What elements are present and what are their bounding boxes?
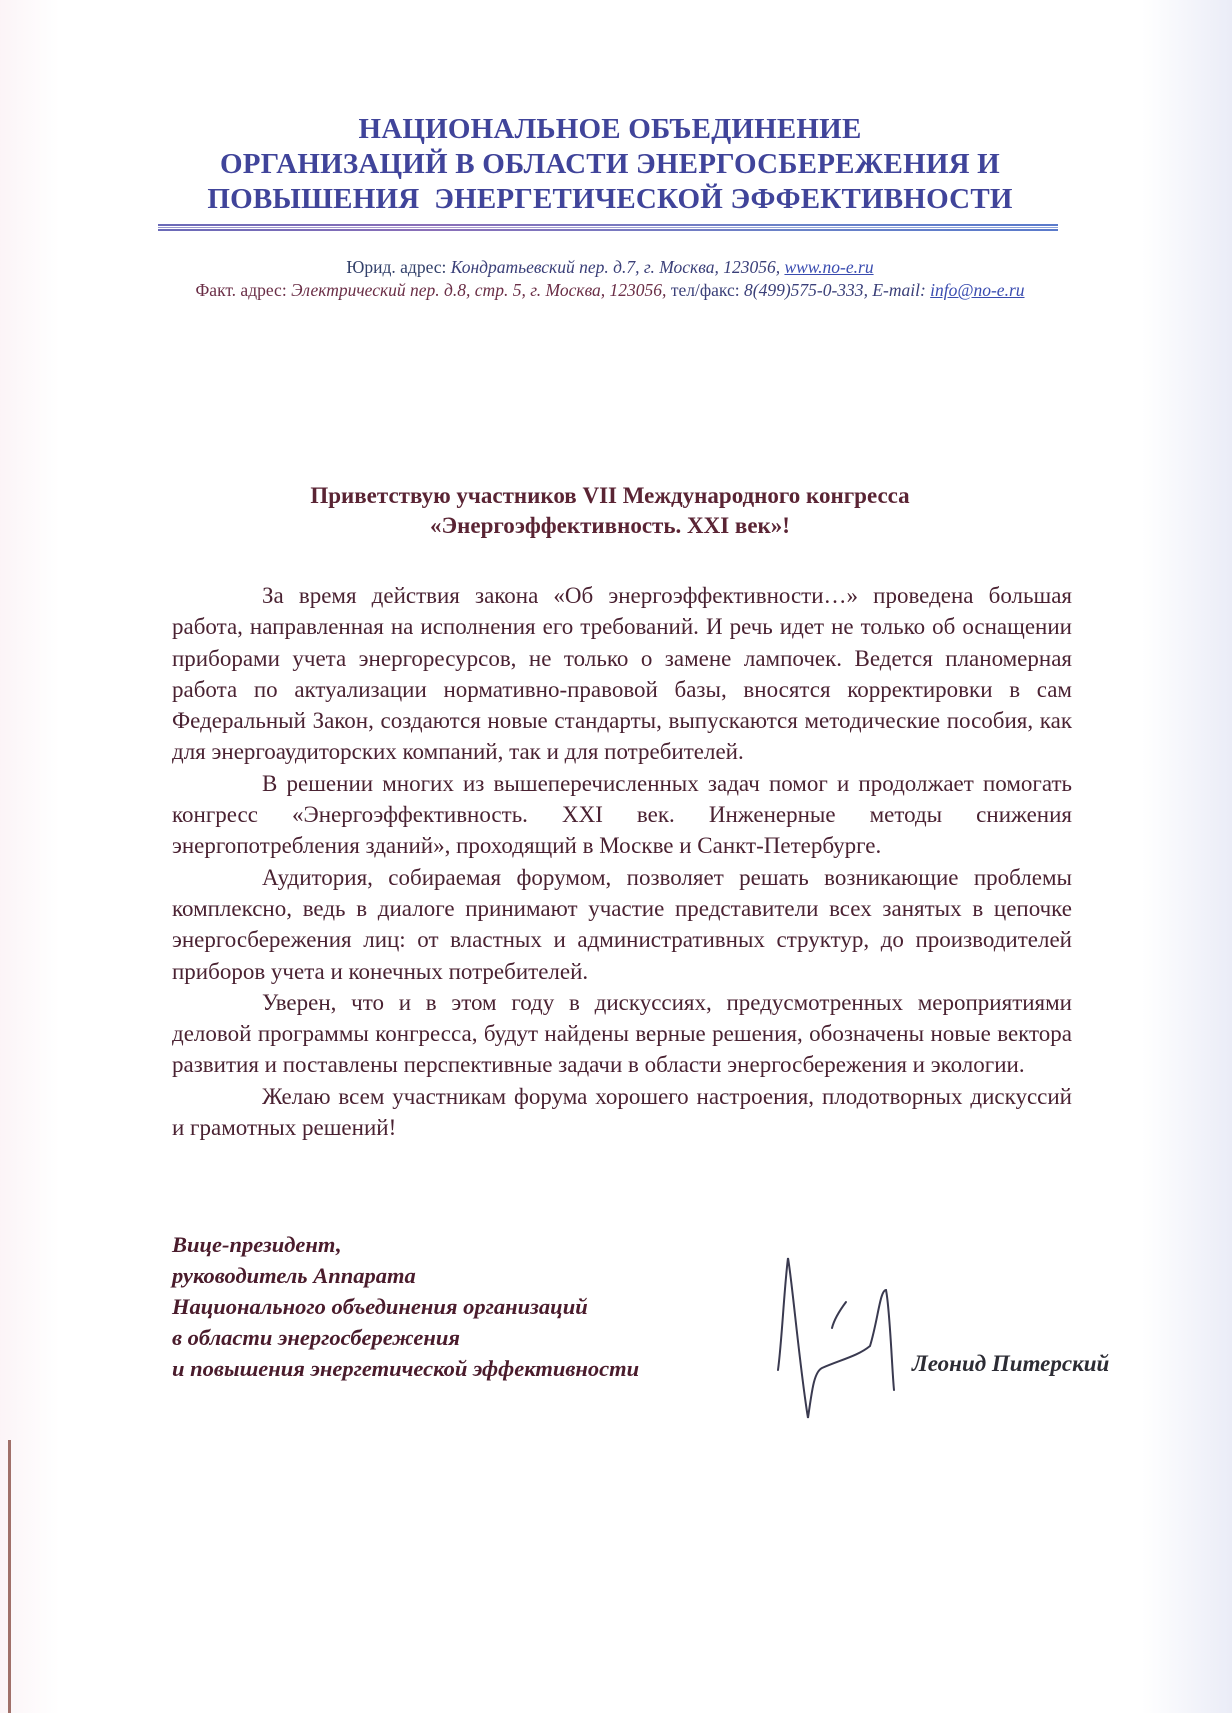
letterhead-divider <box>158 224 1058 232</box>
org-title-line-1: НАЦИОНАЛЬНОЕ ОБЪЕДИНЕНИЕ <box>140 112 1080 147</box>
signatory-title-line: Вице-президент, <box>172 1229 639 1260</box>
scan-page-edge <box>8 1440 11 1713</box>
body-paragraph: Желаю всем участникам форума хорошего на… <box>172 1081 1072 1144</box>
letter-body: За время действия закона «Об энергоэффек… <box>172 580 1072 1143</box>
organization-title: НАЦИОНАЛЬНОЕ ОБЪЕДИНЕНИЕ ОРГАНИЗАЦИЙ В О… <box>140 112 1080 217</box>
divider-line <box>158 229 1058 231</box>
legal-address-label: Юрид. адрес: <box>346 257 450 277</box>
phone-number: 8(499)575-0-333 <box>744 280 864 300</box>
email-link[interactable]: info@no-e.ru <box>930 280 1024 300</box>
signatory-title-line: в области энергосбережения <box>172 1322 639 1353</box>
website-link[interactable]: www.no-e.ru <box>784 257 873 277</box>
body-paragraph: За время действия закона «Об энергоэффек… <box>172 580 1072 768</box>
greeting-heading: Приветствую участников VII Международног… <box>150 481 1070 541</box>
body-paragraph: В решении многих из вышеперечисленных за… <box>172 768 1072 862</box>
divider-line <box>158 227 1058 228</box>
body-paragraph: Уверен, что и в этом году в дискуссиях, … <box>172 987 1072 1081</box>
org-title-line-2: ОРГАНИЗАЦИЙ В ОБЛАСТИ ЭНЕРГОСБЕРЕЖЕНИЯ И <box>140 147 1080 182</box>
signatory-title-line: руководитель Аппарата <box>172 1260 639 1291</box>
email-label: , E-mail: <box>864 280 931 300</box>
signatory-title-line: Национального объединения организаций <box>172 1291 639 1322</box>
legal-address: Юрид. адрес: Кондратьевский пер. д.7, г.… <box>140 256 1080 278</box>
org-title-line-3: ПОВЫШЕНИЯ ЭНЕРГЕТИЧЕСКОЙ ЭФФЕКТИВНОСТИ <box>140 182 1080 217</box>
scan-shadow-right <box>1142 0 1232 1713</box>
actual-address-value: Электрический пер. д.8, стр. 5, г. Москв… <box>291 280 666 300</box>
signatory-title: Вице-президент, руководитель Аппарата На… <box>172 1229 639 1384</box>
actual-address-label: Факт. адрес: <box>195 280 291 300</box>
signatory-title-line: и повышения энергетической эффективности <box>172 1353 639 1384</box>
handwritten-signature-icon <box>770 1250 920 1430</box>
actual-address: Факт. адрес: Электрический пер. д.8, стр… <box>140 279 1080 301</box>
body-paragraph: Аудитория, собираемая форумом, позволяет… <box>172 862 1072 987</box>
phone-label: тел/факс: <box>666 280 744 300</box>
divider-line <box>158 224 1058 226</box>
greeting-line-1: Приветствую участников VII Международног… <box>150 481 1070 511</box>
greeting-line-2: «Энергоэффективность. XXI век»! <box>150 511 1070 541</box>
legal-address-value: Кондратьевский пер. д.7, г. Москва, 1230… <box>451 257 785 277</box>
signer-name: Леонид Питерский <box>912 1351 1109 1377</box>
